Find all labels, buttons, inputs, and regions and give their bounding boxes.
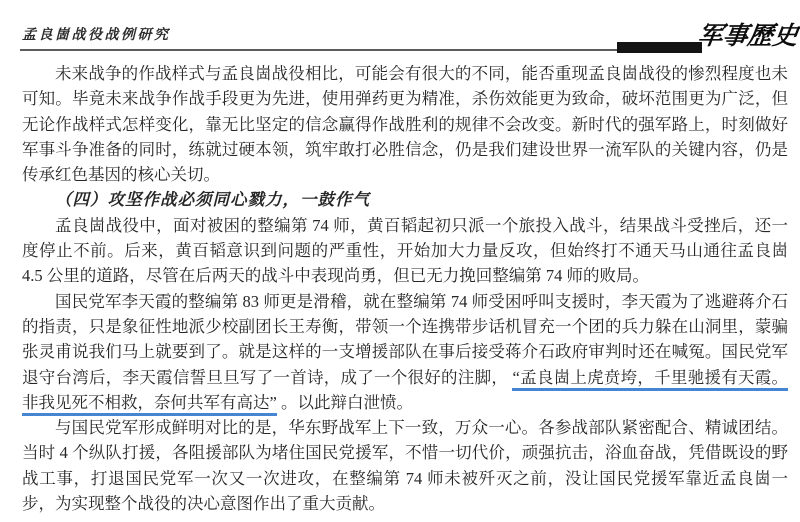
paragraph-li-tianxia: 国民党军李天霞的整编第 83 师更是滑稽，就在整编第 74 师受困呼叫支援时，李… <box>22 289 788 415</box>
paragraph-future-war: 未来战争的作战样式与孟良崮战役相比，可能会有很大的不同，能否重现孟良崮战役的惨烈… <box>22 61 788 187</box>
article-body: 未来战争的作战样式与孟良崮战役相比，可能会有很大的不同，能否重现孟良崮战役的惨烈… <box>22 61 788 516</box>
header-divider-rule <box>20 49 650 51</box>
paragraph-huang-baitao: 孟良崮战役中，面对被困的整编第 74 师，黄百韬起初只派一个旅投入战斗，结果战斗… <box>22 213 788 289</box>
section-heading-4: （四）攻坚作战必须同心戮力，一鼓作气 <box>22 187 788 212</box>
paragraph-li-tianxia-tail: 。以此辩白泄愤。 <box>277 393 413 412</box>
document-page: 孟良崮战役战例研究 军事歷史 未来战争的作战样式与孟良崮战役相比，可能会有很大的… <box>0 0 800 522</box>
journal-logo: 军事歷史 <box>695 16 800 52</box>
paragraph-east-china-field-army: 与国民党军形成鲜明对比的是，华东野战军上下一致，万众一心。各参战部队紧密配合、精… <box>22 415 788 516</box>
running-title: 孟良崮战役战例研究 <box>22 24 171 44</box>
header-black-bar <box>617 42 702 53</box>
